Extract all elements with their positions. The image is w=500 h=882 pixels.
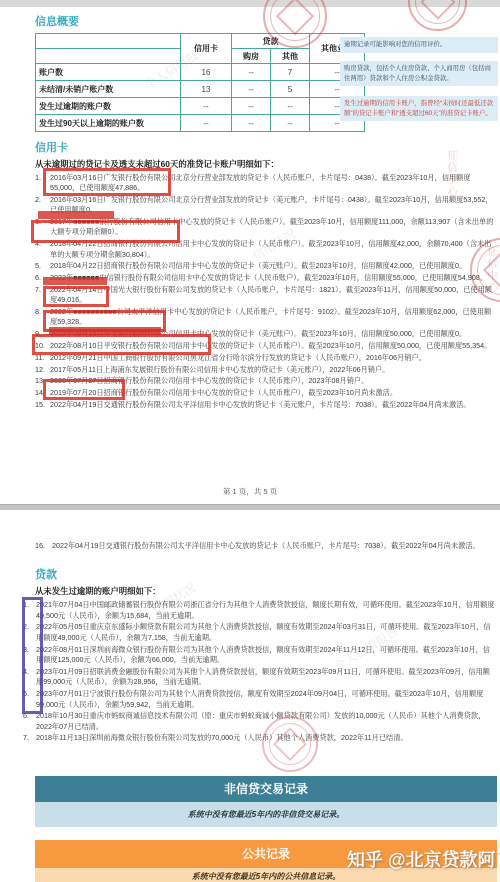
red-annotation-box	[43, 168, 171, 196]
summary-row-label: 发生过逾期的账户数	[36, 98, 181, 115]
side-note-house-loan: 购房贷款，包括个人住房贷款、个人商用房（包括商住两用）贷款和个人住房公积金贷款。	[340, 61, 498, 86]
item-number: 12.	[35, 365, 50, 375]
watermark-zhihu: 知乎 @北京贷款阿飞	[347, 846, 500, 872]
summary-cell: --	[271, 115, 310, 132]
non-credit-records-body: 系统中没有您最近5年内的非信贷交易记录。	[35, 802, 497, 827]
credit-card-item: 15. 2022年04月19日交通银行股份有限公司太平洋信用卡中心发放的贷记卡（…	[35, 400, 497, 410]
summary-cell: --	[232, 64, 271, 81]
item-number: 5.	[35, 261, 50, 271]
credit-card-item: 16. 2022年04月19日交通银行股份有限公司太平洋信用卡中心发放的贷记卡（…	[35, 541, 497, 551]
red-annotation-box	[32, 334, 211, 355]
item-text: 2017年05月11日上海浦东发展银行股份有限公司信用卡中心发放的贷记卡（美元账…	[50, 365, 497, 375]
summary-corner-cell	[36, 49, 181, 64]
summary-table-row: 未结清/未销户账户数 13 -- 5 --	[36, 81, 365, 98]
item-text: 2023年01月09日招联消费金融股份有限公司为其他个人消费贷款授信，额度有效期…	[36, 667, 497, 688]
red-annotation-box	[43, 379, 125, 400]
red-annotation-box	[31, 220, 180, 243]
side-note-overdue-card: 发生过逾期的信用卡账户，指曾经“未按时还最低还款额”的贷记卡账户和“透支超过60…	[340, 96, 498, 121]
summary-cell: 7	[271, 64, 310, 81]
loan-item: 5. 2023年07月01日宁波银行股份有限公司为其他个人消费贷款授信，额度有效…	[23, 689, 497, 710]
credit-card-item: 12. 2017年05月11日上海浦东发展银行股份有限公司信用卡中心发放的贷记卡…	[35, 365, 497, 375]
item-number: 16.	[35, 541, 52, 551]
summary-cell: --	[232, 81, 271, 98]
summary-table-row: 账户数 16 -- 7 --	[36, 64, 365, 81]
item-text: 2022年05月05日重庆京东盛际小额贷款有限公司为其他个人消费贷款授信，额度有…	[36, 622, 497, 643]
red-seal-text: 征信中心	[483, 246, 498, 294]
red-seal-text: 征信中心	[443, 150, 458, 198]
page-break-divider	[0, 504, 500, 510]
summary-cell: --	[181, 98, 232, 115]
red-redaction-mark	[38, 211, 114, 219]
loan-title: 贷款	[35, 566, 497, 582]
summary-cell: 5	[271, 81, 310, 98]
side-note-overdue: 逾期记录可能影响对您的信用评价。	[340, 37, 498, 53]
item-text: 2016年03月16日广发银行股份有限公司北京分行营业部发放的贷记卡（美元账户，…	[50, 195, 497, 216]
summary-corner-cell	[36, 34, 181, 49]
red-redaction-mark	[43, 277, 107, 285]
loan-item: 1. 2021年07月04日中国邮政储蓄银行股份有限公司浙江省分行为其他个人消费…	[23, 600, 497, 621]
item-text: 2022年04月19日交通银行股份有限公司太平洋信用卡中心发放的贷记卡（美元账户…	[50, 400, 497, 410]
summary-table-row: 发生过逾期的账户数 -- -- -- --	[36, 98, 365, 115]
summary-cell: --	[271, 98, 310, 115]
item-text: 2018年04月22日招商银行股份有限公司信用卡中心发放的贷记卡（美元账户）。截…	[50, 261, 497, 271]
red-seal-stamp	[262, 716, 318, 772]
item-text: 2022年08月01日深圳前海微众银行股份有限公司为其他个人消费贷款授信，额度有…	[36, 645, 497, 666]
loan-item: 6. 2018年10月30日重庆市蚂蚁商诚信息技术有限公司（原：重庆市蚂蚁商诚小…	[23, 711, 497, 732]
summary-cell: 13	[181, 81, 232, 98]
loan-item: 2. 2022年05月05日重庆京东盛际小额贷款有限公司为其他个人消费贷款授信，…	[23, 622, 497, 643]
loan-item: 4. 2023年01月09日招联消费金融股份有限公司为其他个人消费贷款授信，额度…	[23, 667, 497, 688]
loan-item: 3. 2022年08月01日深圳前海微众银行股份有限公司为其他个人消费贷款授信，…	[23, 645, 497, 666]
red-redaction-mark	[49, 327, 161, 335]
item-number: 6.	[23, 711, 36, 732]
summary-cell: --	[232, 98, 271, 115]
loan-intro: 从未发生过逾期的账户明细如下：	[35, 585, 497, 597]
purple-highlight-bracket	[22, 597, 43, 714]
col-loan-other: 其他	[271, 49, 310, 64]
item-text: 2022年04月14日中国光大银行股份有限公司发放的贷记卡（人民币账户，卡片尾号…	[50, 285, 497, 306]
loan-item: 7. 2018年11月13日深圳前海微众银行股份有限公司发放的70,000元（人…	[23, 733, 497, 744]
summary-cell: --	[232, 115, 271, 132]
summary-row-label: 发生过90天以上逾期的账户数	[36, 115, 181, 132]
page-number: 第 1 页，共 5 页	[0, 486, 500, 497]
credit-card-title: 信用卡	[35, 139, 497, 155]
item-number: 15.	[35, 400, 50, 410]
item-text: 2022年04月19日交通银行股份有限公司太平洋信用卡中心发放的贷记卡（人民币账…	[52, 541, 497, 551]
summary-cell: --	[181, 115, 232, 132]
item-text: 2022年■■■■■■中信银行股份有限公司信用卡中心发放的贷记卡（人民币账户）。…	[50, 273, 497, 283]
page-2-content: 16. 2022年04月19日交通银行股份有限公司太平洋信用卡中心发放的贷记卡（…	[35, 541, 497, 745]
credit-card-item: 5. 2018年04月22日招商银行股份有限公司信用卡中心发放的贷记卡（美元账户…	[35, 261, 497, 271]
item-text: 2021年07月04日中国邮政储蓄银行股份有限公司浙江省分行为其他个人消费贷款授…	[36, 600, 497, 621]
item-text: 2023年07月01日宁波银行股份有限公司为其他个人消费贷款授信，额度有效期至2…	[36, 689, 497, 710]
red-annotation-box	[43, 286, 109, 307]
item-number: 7.	[23, 733, 36, 744]
loan-list: 1. 2021年07月04日中国邮政储蓄银行股份有限公司浙江省分行为其他个人消费…	[23, 600, 497, 744]
col-loan-house: 购房	[232, 49, 271, 64]
summary-table-row: 发生过90天以上逾期的账户数 -- -- -- --	[36, 115, 365, 132]
non-credit-records-banner: 非信贷交易记录	[35, 776, 497, 802]
